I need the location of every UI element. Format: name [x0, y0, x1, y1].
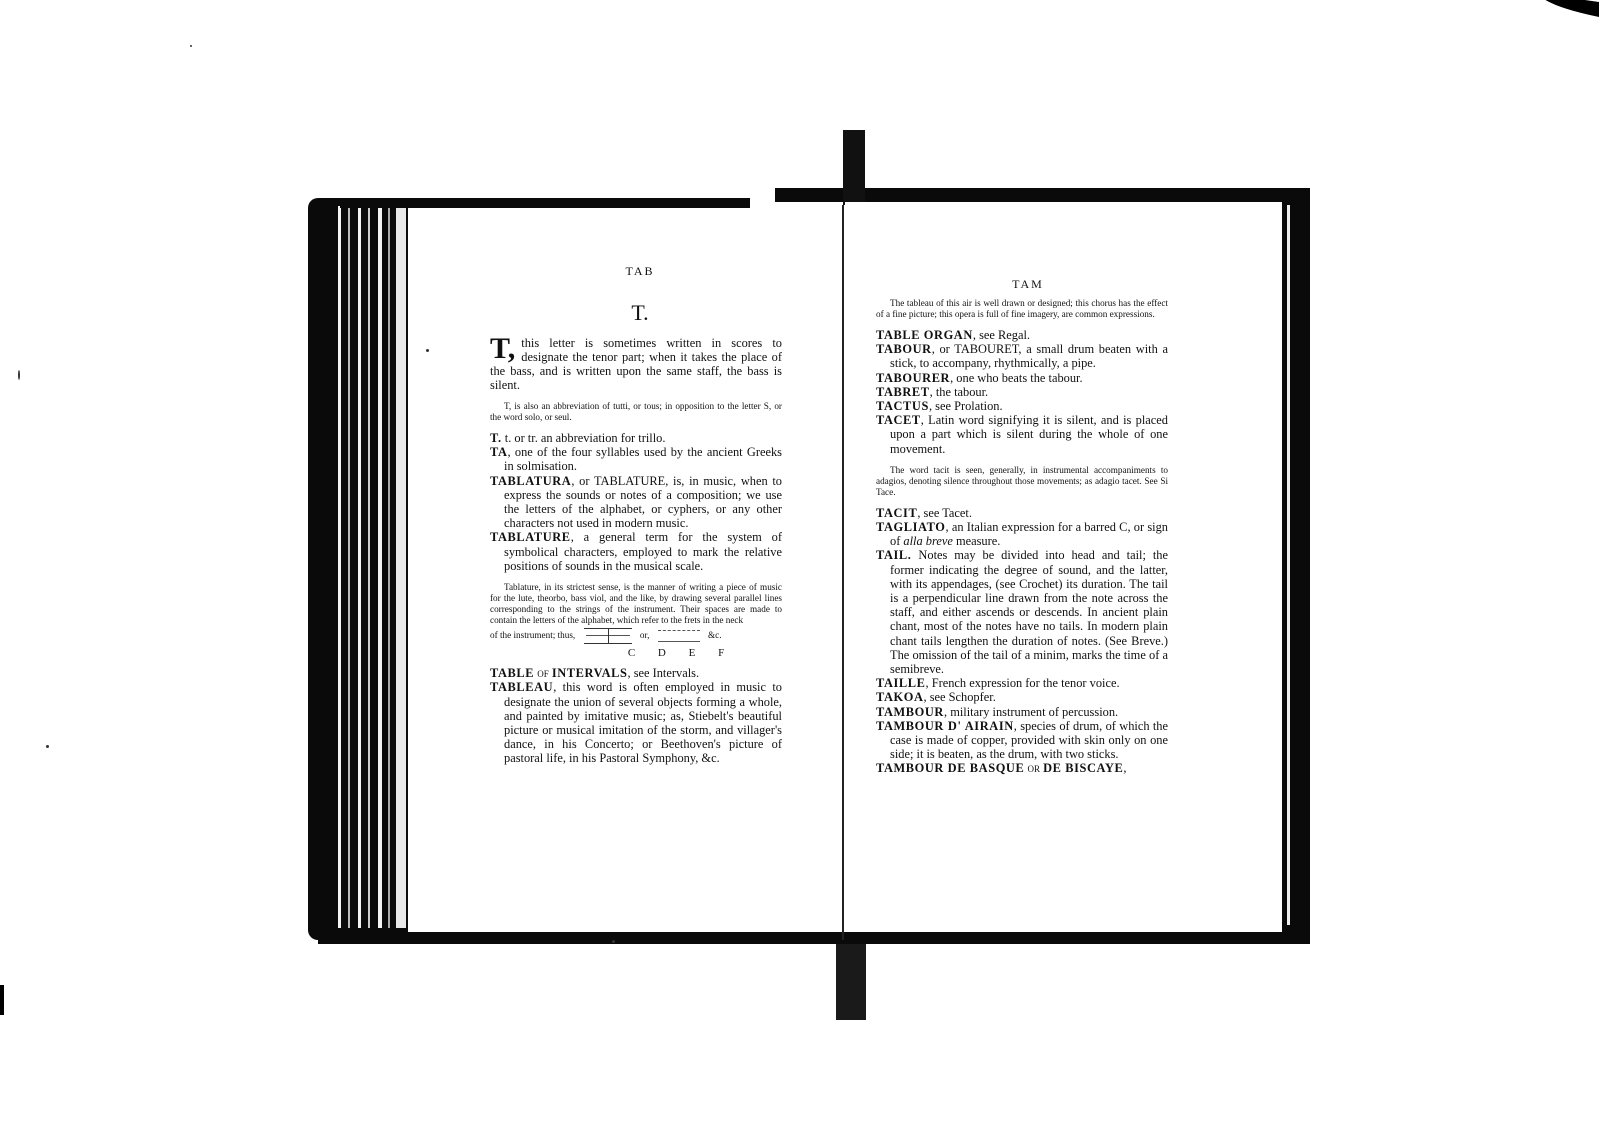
right-column: The tableau of this air is well drawn or… [876, 298, 1168, 776]
entry-tail: TAIL. Notes may be divided into head and… [876, 548, 1168, 676]
spine-bottom [836, 940, 866, 1020]
left-column: T, this letter is sometimes written in s… [490, 336, 782, 766]
tablature-example: of the instrument; thus, or, &c. [490, 628, 782, 644]
entry-t: T. t. or tr. an abbreviation for trillo. [490, 431, 782, 445]
entry-tacet: TACET, Latin word signifying it is silen… [876, 413, 1168, 456]
spine-top [843, 130, 865, 205]
intro-paragraph: T, this letter is sometimes written in s… [490, 336, 782, 392]
entry-tableau: TABLEAU, this word is often employed in … [490, 680, 782, 765]
right-edge-strip [1287, 205, 1290, 925]
note-tutti: T, is also an abbreviation of tutti, or … [490, 401, 782, 423]
scan-corner-shadow [1540, 0, 1599, 22]
entry-tacit: TACIT, see Tacet. [876, 506, 1168, 520]
note-tablature: Tablature, in its strictest sense, is th… [490, 582, 782, 626]
running-head-right: TAM [988, 277, 1068, 292]
scan-speck [612, 940, 615, 943]
running-head-left: TAB [600, 264, 680, 279]
entry-tablature: TABLATURE, a general term for the system… [490, 530, 782, 573]
entry-tabret: TABRET, the tabour. [876, 385, 1168, 399]
entry-table-of-intervals: TABLE of INTERVALS, see Intervals. [490, 666, 782, 680]
entry-tablatura: TABLATURA, or TABLATURE, is, in music, w… [490, 474, 782, 531]
section-letter: T. [600, 300, 680, 326]
entry-takoa: TAKOA, see Schopfer. [876, 690, 1168, 704]
scan-speck [18, 370, 20, 380]
scan-speck [46, 745, 49, 748]
tablature-figure-1 [584, 628, 632, 644]
entry-tabour: TABOUR, or TABOURET, a small drum beaten… [876, 342, 1168, 370]
scan-speck [190, 45, 192, 47]
note-tableau: The tableau of this air is well drawn or… [876, 298, 1168, 320]
scan-speck [426, 349, 429, 352]
tablature-figure-2 [658, 630, 700, 642]
entry-table-organ: TABLE ORGAN, see Regal. [876, 328, 1168, 342]
gutter-line [842, 205, 844, 940]
drop-cap: T, [490, 336, 515, 362]
entry-tambour: TAMBOUR, military instrument of percussi… [876, 705, 1168, 719]
note-tacit: The word tacit is seen, generally, in in… [876, 465, 1168, 498]
entry-tagliato: TAGLIATO, an Italian expression for a ba… [876, 520, 1168, 548]
entry-tactus: TACTUS, see Prolation. [876, 399, 1168, 413]
entry-tambour-de-basque: TAMBOUR DE BASQUE or DE BISCAYE, [876, 761, 1168, 775]
entry-tabourer: TABOURER, one who beats the tabour. [876, 371, 1168, 385]
entry-ta: TA, one of the four syllables used by th… [490, 445, 782, 473]
left-book-edge [308, 198, 408, 940]
scan-edge-mark [0, 985, 4, 1015]
top-edge-left [340, 198, 750, 208]
entry-taille: TAILLE, French expression for the tenor … [876, 676, 1168, 690]
entry-tambour-d-airain: TAMBOUR D' AIRAIN, species of drum, of w… [876, 719, 1168, 762]
bottom-edge [318, 932, 1310, 944]
note-letters: C D E F [490, 646, 782, 660]
